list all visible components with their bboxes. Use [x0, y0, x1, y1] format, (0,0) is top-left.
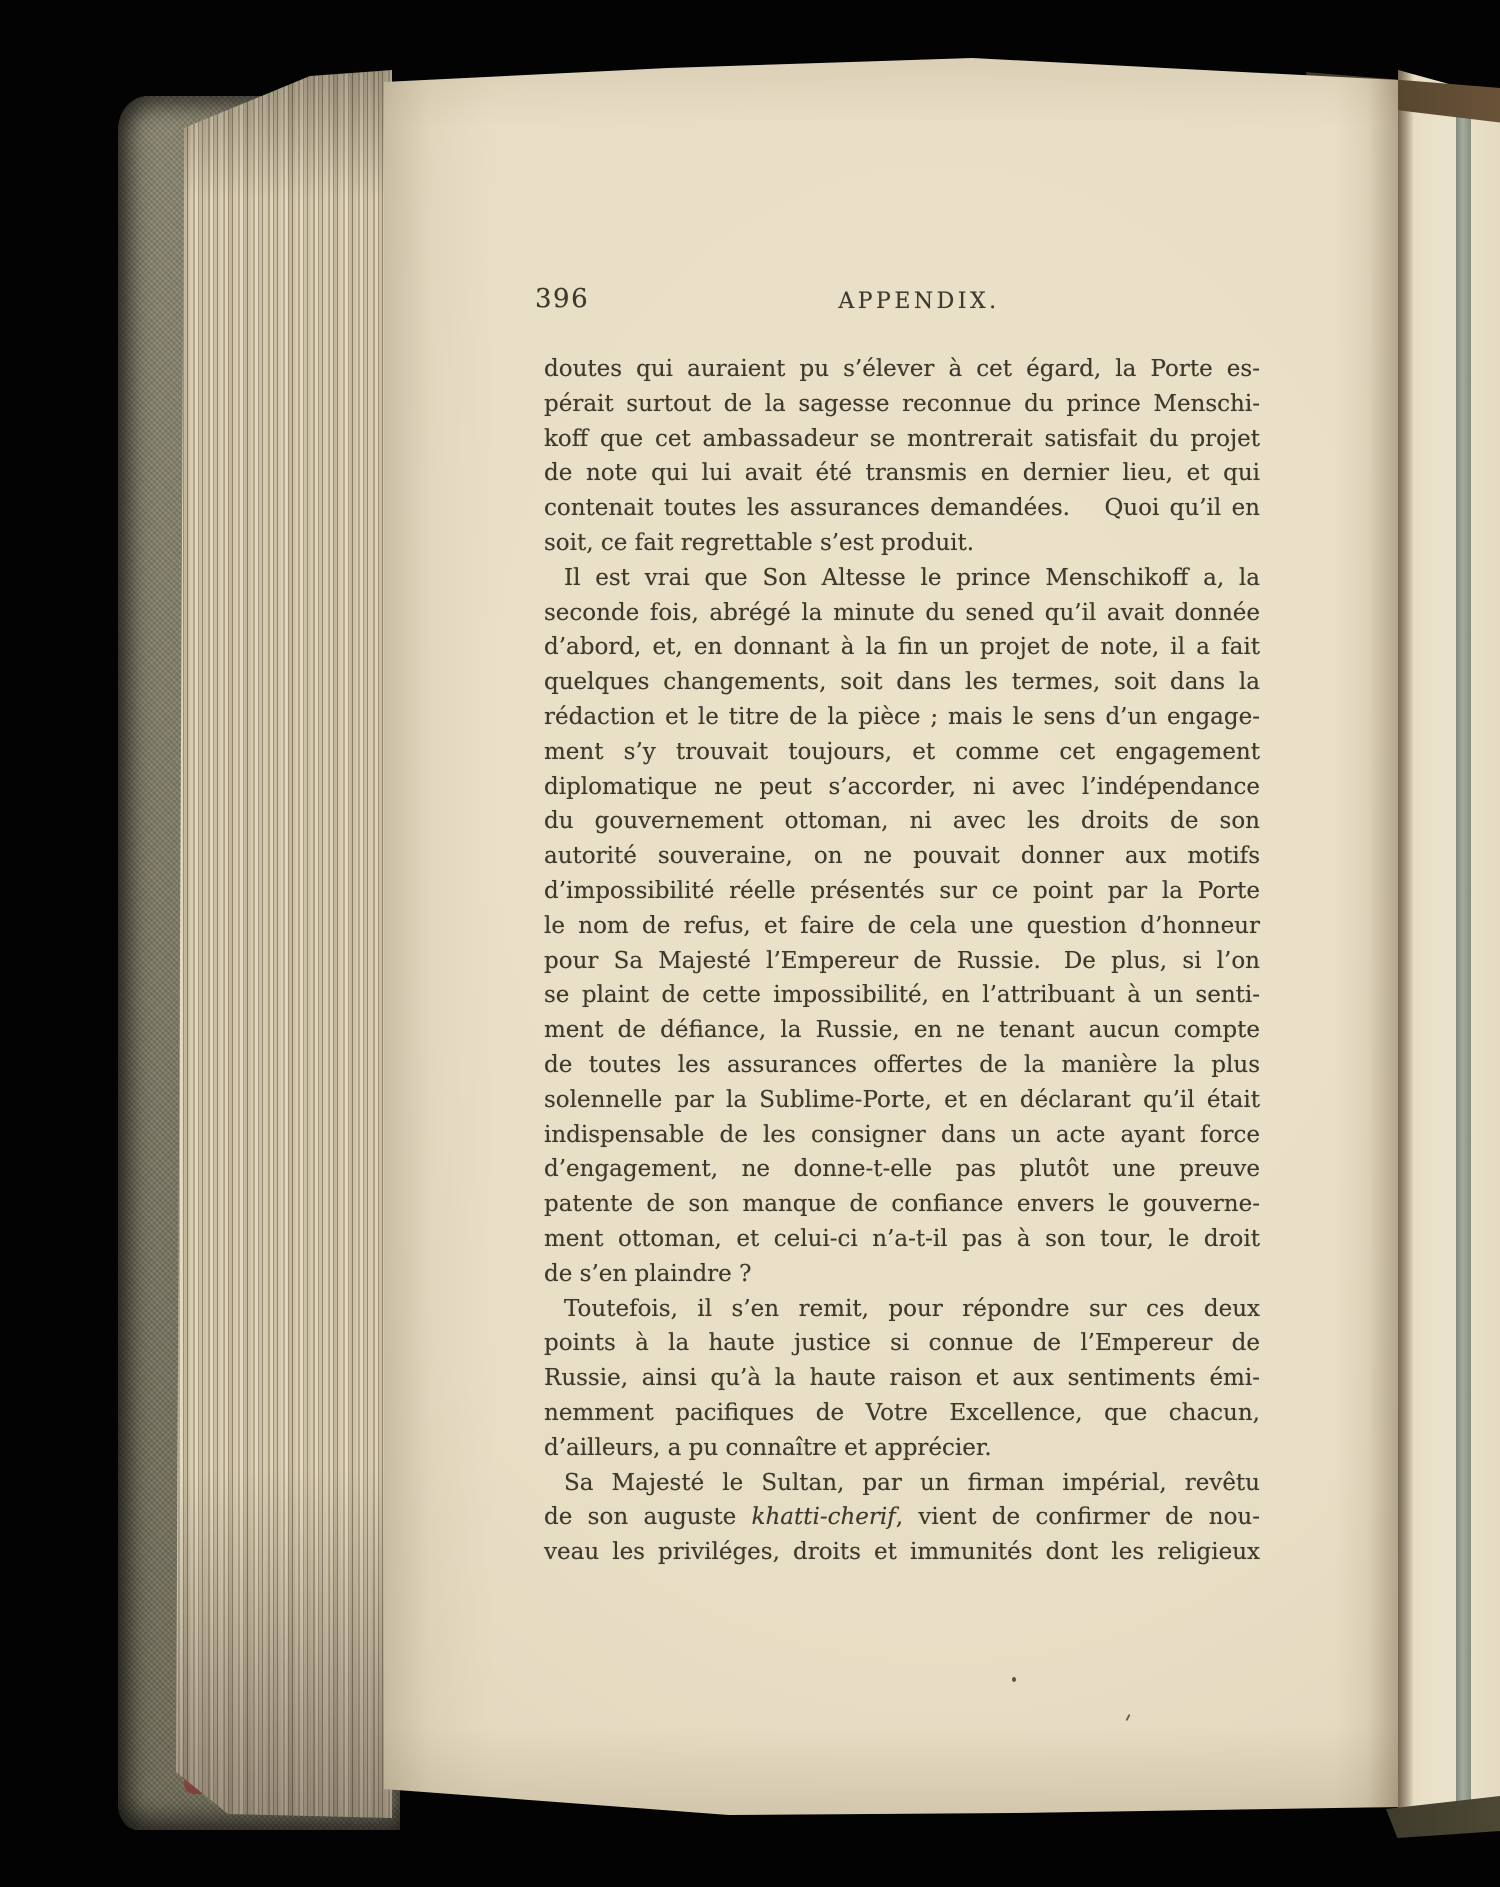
text-line: autorité souveraine, on ne pouvait donne… — [544, 839, 1260, 874]
text-line: indispensable de les consigner dans un a… — [544, 1118, 1260, 1153]
text-line: d’engagement, ne donne-t-elle pas plutôt… — [544, 1152, 1260, 1187]
text-line: se plaint de cette impossibilité, en l’a… — [544, 978, 1260, 1013]
dust-speck — [1012, 1677, 1016, 1682]
text-column: 396 APPENDIX. doutes qui auraient pu s’é… — [544, 58, 1260, 1815]
text-line: Russie, ainsi qu’à la haute raison et au… — [544, 1361, 1260, 1396]
text-line: de note qui lui avait été transmis en de… — [544, 456, 1260, 491]
text-line: quelques changements, soit dans les term… — [544, 665, 1260, 700]
right-board-strip — [1456, 64, 1471, 1832]
gutter-shadow — [1368, 58, 1398, 1815]
page-number: 396 — [535, 284, 589, 314]
text-line: seconde fois, abrégé la minute du sened … — [544, 596, 1260, 631]
text-line: du gouvernement ottoman, ni avec les dro… — [544, 804, 1260, 839]
page-edge-stack — [176, 70, 392, 1818]
text-line: points à la haute justice si connue de l… — [544, 1326, 1260, 1361]
text-line: d’abord, et, en donnant à la fin un proj… — [544, 630, 1260, 665]
text-line: solennelle par la Sublime-Porte, et en d… — [544, 1083, 1260, 1118]
facing-page-edge — [1398, 64, 1500, 1832]
text-line: pérait surtout de la sagesse reconnue du… — [544, 387, 1260, 422]
text-line: Toutefois, il s’en remit, pour répondre … — [544, 1292, 1260, 1327]
text-line: koff que cet ambassadeur se montrerait s… — [544, 422, 1260, 457]
text-line: ment de défiance, la Russie, en ne tenan… — [544, 1013, 1260, 1048]
text-line: ment ottoman, et celui-ci n’a-t-il pas à… — [544, 1222, 1260, 1257]
text-line: patente de son manque de confiance enver… — [544, 1187, 1260, 1222]
text-line: le nom de refus, et faire de cela une qu… — [544, 909, 1260, 944]
text-line: doutes qui auraient pu s’élever à cet ég… — [544, 352, 1260, 387]
text-line: pour Sa Majesté l’Empereur de Russie. De… — [544, 944, 1260, 979]
text-line: d’impossibilité réelle présentés sur ce … — [544, 874, 1260, 909]
text-line: contenait toutes les assurances demandée… — [544, 491, 1260, 526]
text-line: ment s’y trouvait toujours, et comme cet… — [544, 735, 1260, 770]
gutter-crease — [1398, 64, 1414, 1832]
paragraph: Il est vrai que Son Altesse le prince Me… — [544, 561, 1260, 1292]
paragraph: Toutefois, il s’en remit, pour répondre … — [544, 1292, 1260, 1466]
text-line: Il est vrai que Son Altesse le prince Me… — [544, 561, 1260, 596]
text-line: de s’en plaindre ? — [544, 1257, 1260, 1292]
body-text: doutes qui auraient pu s’élever à cet ég… — [544, 352, 1260, 1570]
photo-background: { "page": { "number": "396", "header": "… — [0, 0, 1500, 1887]
text-line: de toutes les assurances offertes de la … — [544, 1048, 1260, 1083]
text-line: Sa Majesté le Sultan, par un firman impé… — [544, 1466, 1260, 1501]
text-line: de son auguste khatti-cherif, vient de c… — [544, 1500, 1260, 1535]
text-line: nemment pacifiques de Votre Excellence, … — [544, 1396, 1260, 1431]
text-line: soit, ce fait regrettable s’est produit. — [544, 526, 1260, 561]
text-line: diplomatique ne peut s’accorder, ni avec… — [544, 770, 1260, 805]
paragraph: doutes qui auraient pu s’élever à cet ég… — [544, 352, 1260, 561]
text-line: veau les priviléges, droits et immunités… — [544, 1535, 1260, 1570]
running-header: APPENDIX. — [838, 289, 999, 314]
text-line: rédaction et le titre de la pièce ; mais… — [544, 700, 1260, 735]
text-line: d’ailleurs, a pu connaître et apprécier. — [544, 1431, 1260, 1466]
paragraph: Sa Majesté le Sultan, par un firman impé… — [544, 1466, 1260, 1570]
book-page: 396 APPENDIX. doutes qui auraient pu s’é… — [384, 58, 1398, 1815]
